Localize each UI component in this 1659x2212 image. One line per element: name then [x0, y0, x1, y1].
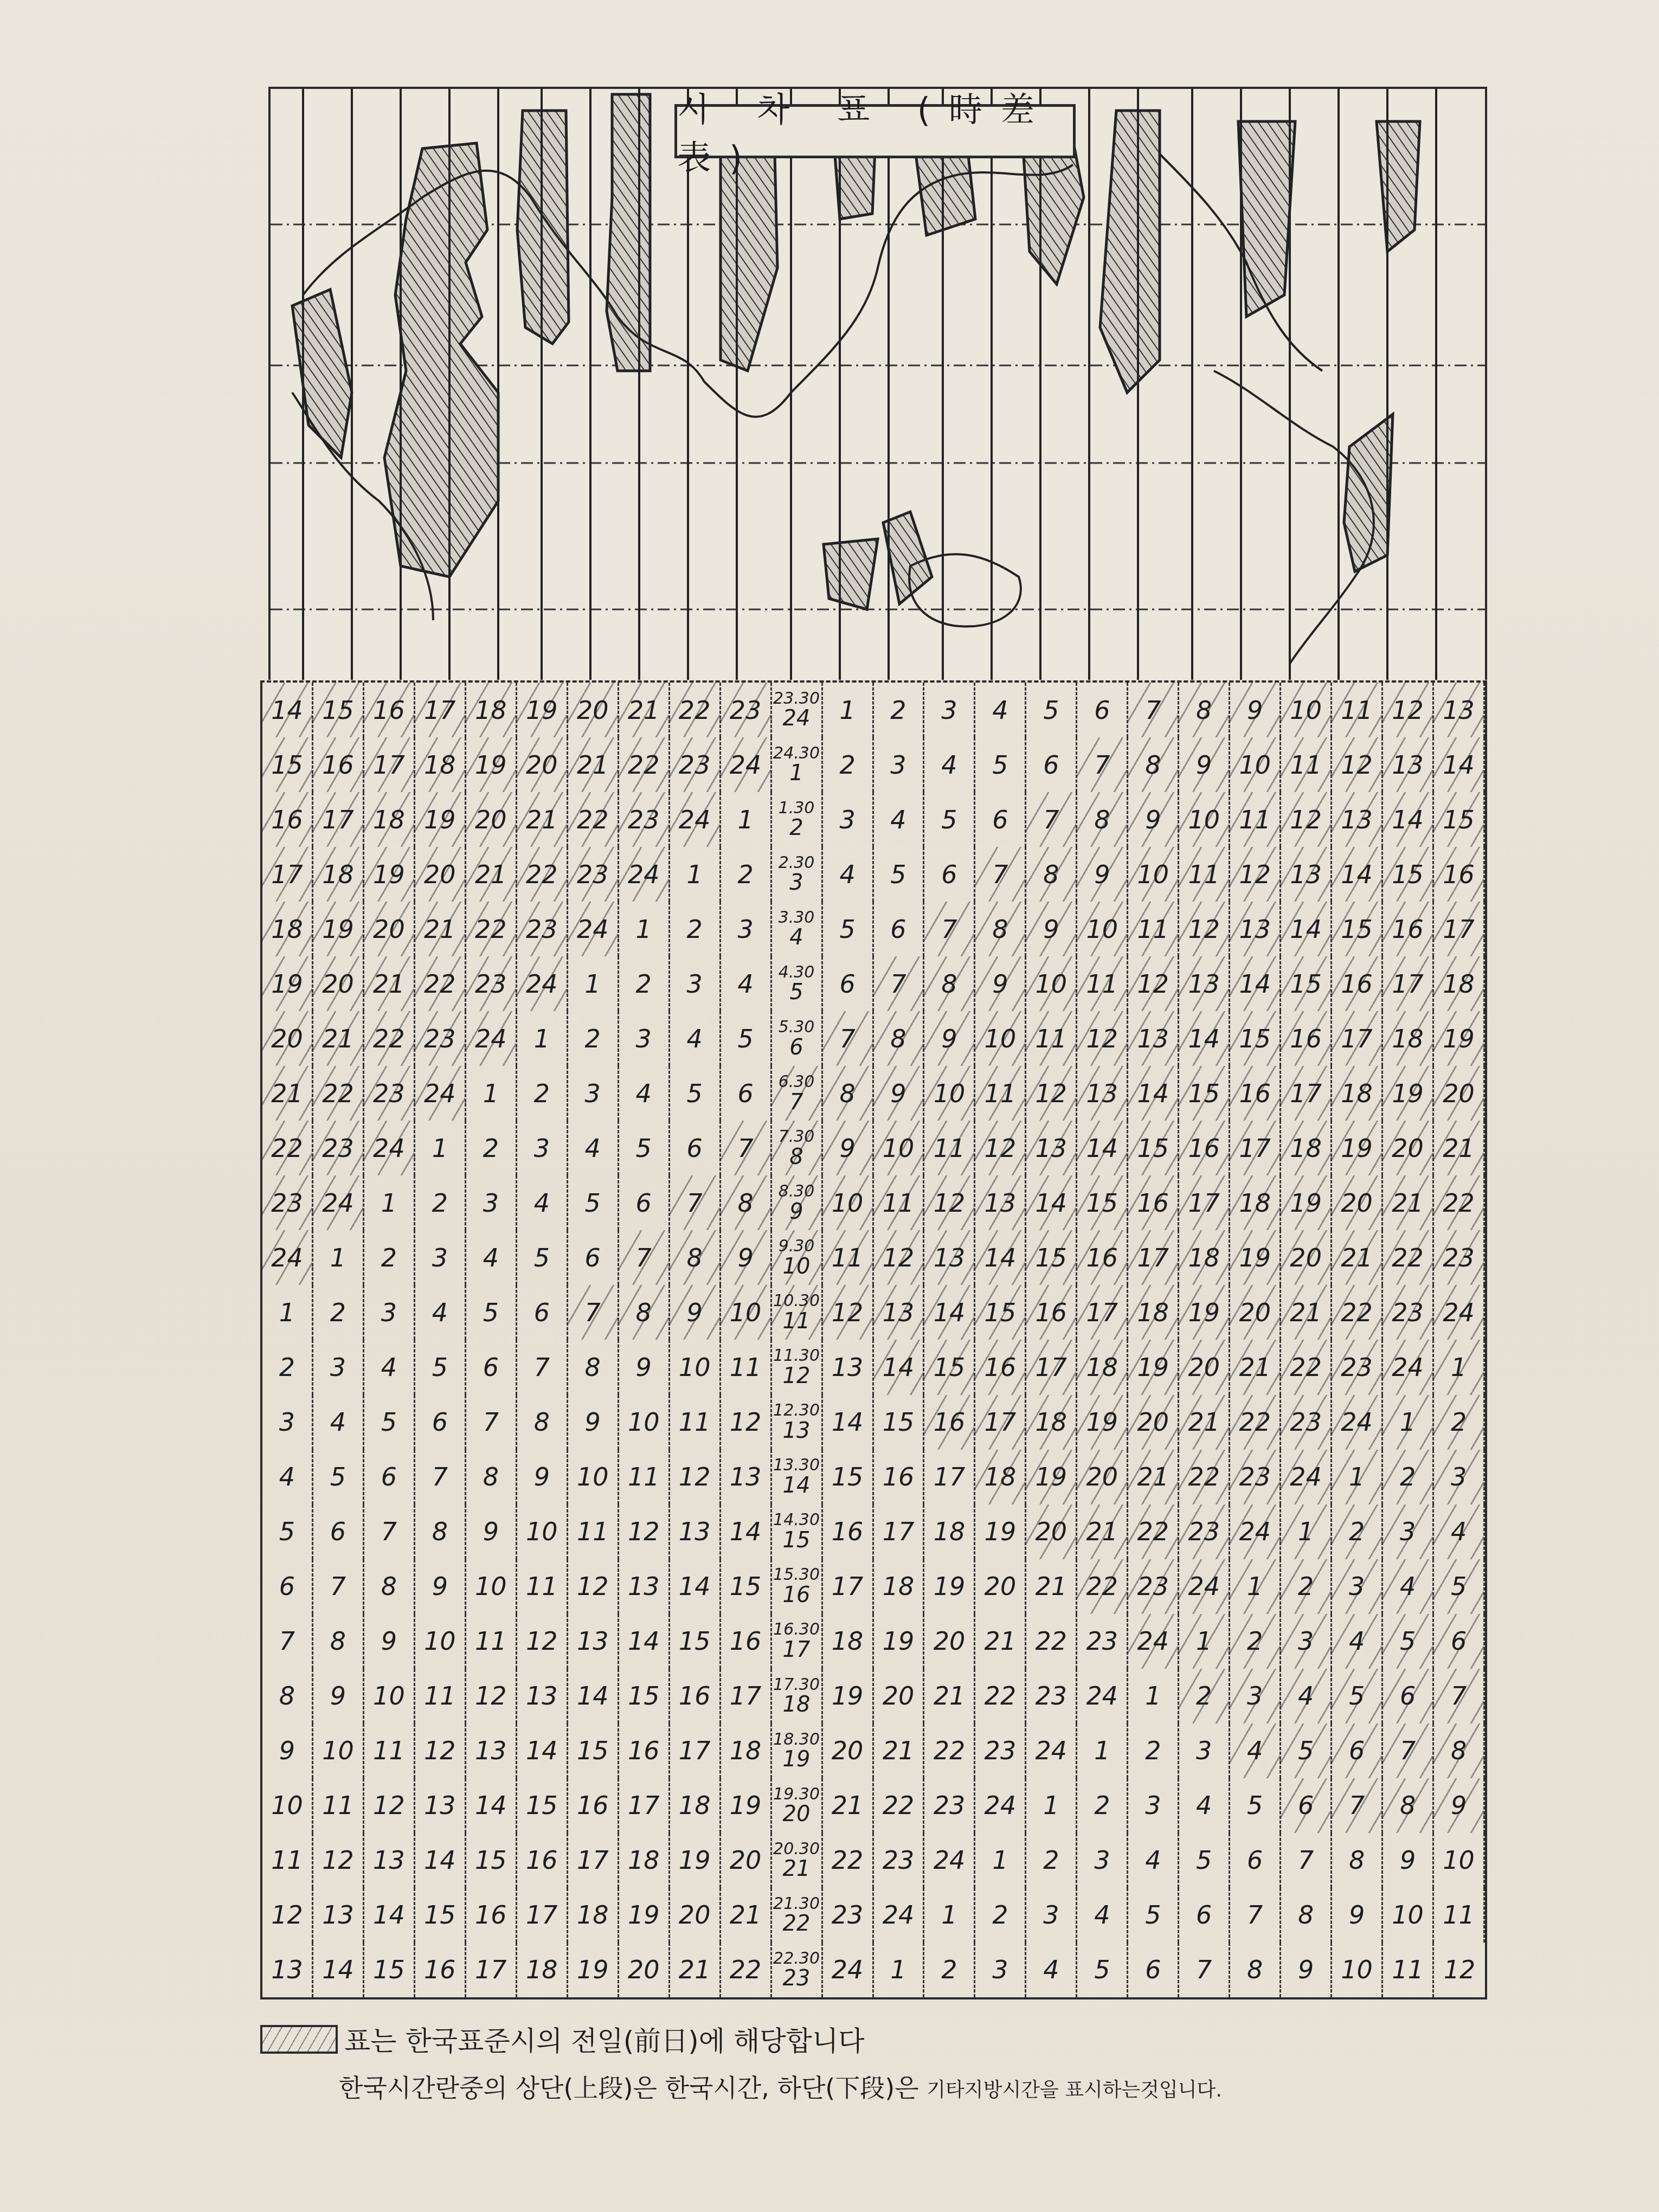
- korea-time-cell: 12.3013: [772, 1395, 823, 1450]
- korea-time-bottom: 22: [783, 1912, 811, 1935]
- time-cell: 19: [517, 683, 568, 737]
- time-cell: 15: [1230, 1011, 1281, 1066]
- time-cell: 14: [517, 1724, 568, 1778]
- time-cell: 1: [415, 1121, 466, 1175]
- time-cell: 13: [517, 1669, 568, 1724]
- korea-time-bottom: 9: [789, 1200, 803, 1223]
- time-cell: 1: [1179, 1614, 1230, 1669]
- time-cell: 23: [1077, 1614, 1128, 1669]
- time-cell: 2: [1434, 1395, 1485, 1450]
- time-cell: 13: [1077, 1066, 1128, 1121]
- time-cell: 6: [517, 1285, 568, 1340]
- time-cell: 4: [1383, 1559, 1434, 1614]
- time-cell: 8: [670, 1230, 721, 1285]
- time-cell: 6: [1434, 1614, 1485, 1669]
- time-cell: 17: [670, 1724, 721, 1778]
- time-cell: 19: [1179, 1285, 1230, 1340]
- time-cell: 16: [313, 737, 364, 792]
- time-cell: 15: [619, 1669, 670, 1724]
- time-cell: 22: [313, 1066, 364, 1121]
- time-cell: 19: [1077, 1395, 1128, 1450]
- time-cell: 21: [262, 1066, 313, 1121]
- time-cell: 13: [924, 1230, 975, 1285]
- time-cell: 15: [1026, 1230, 1077, 1285]
- time-cell: 9: [1128, 792, 1179, 847]
- footnote-tail: 기타지방시간을 표시하는것입니다.: [927, 2079, 1222, 2101]
- time-cell: 19: [1026, 1450, 1077, 1504]
- korea-time-bottom: 5: [789, 981, 803, 1004]
- time-cell: 21: [1077, 1504, 1128, 1559]
- time-cell: 20: [262, 1011, 313, 1066]
- time-cell: 1: [874, 1943, 925, 1997]
- korea-time-top: 21.30: [773, 1895, 820, 1913]
- time-cell: 23: [1128, 1559, 1179, 1614]
- time-cell: 24: [415, 1066, 466, 1121]
- time-cell: 10: [1077, 902, 1128, 956]
- time-cell: 19: [1434, 1011, 1485, 1066]
- time-cell: 19: [619, 1888, 670, 1943]
- time-cell: 7: [721, 1121, 772, 1175]
- time-cell: 2: [517, 1066, 568, 1121]
- time-cell: 15: [721, 1559, 772, 1614]
- time-cell: 13: [1434, 683, 1485, 737]
- time-cell: 6: [313, 1504, 364, 1559]
- time-cell: 18: [1281, 1121, 1332, 1175]
- time-cell: 4: [466, 1230, 517, 1285]
- time-cell: 18: [874, 1559, 925, 1614]
- korea-time-top: 11.30: [773, 1347, 820, 1365]
- time-cell: 21: [721, 1888, 772, 1943]
- time-cell: 17: [1434, 902, 1485, 956]
- time-cell: 8: [1128, 737, 1179, 792]
- time-cell: 6: [1383, 1669, 1434, 1724]
- time-cell: 17: [721, 1669, 772, 1724]
- time-cell: 5: [1230, 1778, 1281, 1833]
- time-cell: 7: [619, 1230, 670, 1285]
- time-cell: 21: [1128, 1450, 1179, 1504]
- time-cell: 21: [670, 1943, 721, 1997]
- time-cell: 9: [313, 1669, 364, 1724]
- time-cell: 22: [670, 683, 721, 737]
- time-cell: 24: [619, 847, 670, 902]
- korea-time-bottom: 6: [789, 1036, 803, 1059]
- time-cell: 3: [1434, 1450, 1485, 1504]
- time-cell: 13: [568, 1614, 619, 1669]
- time-cell: 24: [313, 1175, 364, 1230]
- time-cell: 23: [568, 847, 619, 902]
- time-cell: 3: [1026, 1888, 1077, 1943]
- korea-time-top: 22.30: [773, 1950, 820, 1967]
- time-cell: 16: [1281, 1011, 1332, 1066]
- time-cell: 19: [975, 1504, 1026, 1559]
- time-cell: 23: [874, 1833, 925, 1888]
- time-cell: 12: [1179, 902, 1230, 956]
- time-cell: 3: [568, 1066, 619, 1121]
- korea-time-cell: 14.3015: [772, 1504, 823, 1559]
- time-cell: 1: [1128, 1669, 1179, 1724]
- time-cell: 23: [415, 1011, 466, 1066]
- time-cell: 1: [313, 1230, 364, 1285]
- korea-time-cell: 16.3017: [772, 1614, 823, 1669]
- time-cell: 13: [1128, 1011, 1179, 1066]
- time-cell: 3: [364, 1285, 415, 1340]
- time-cell: 14: [262, 683, 313, 737]
- time-cell: 15: [517, 1778, 568, 1833]
- time-cell: 2: [313, 1285, 364, 1340]
- time-cell: 6: [975, 792, 1026, 847]
- time-cell: 5: [568, 1175, 619, 1230]
- time-cell: 12: [1230, 847, 1281, 902]
- time-cell: 13: [975, 1175, 1026, 1230]
- time-cell: 12: [1026, 1066, 1077, 1121]
- korea-time-top: 18.30: [773, 1731, 820, 1748]
- time-cell: 18: [823, 1614, 874, 1669]
- time-cell: 2: [415, 1175, 466, 1230]
- time-cell: 17: [975, 1395, 1026, 1450]
- time-cell: 10: [517, 1504, 568, 1559]
- time-cell: 7: [1128, 683, 1179, 737]
- time-cell: 8: [466, 1450, 517, 1504]
- time-cell: 11: [364, 1724, 415, 1778]
- time-cell: 9: [1179, 737, 1230, 792]
- time-cell: 13: [1230, 902, 1281, 956]
- time-cell: 1: [924, 1888, 975, 1943]
- time-cell: 24: [721, 737, 772, 792]
- time-cell: 6: [823, 956, 874, 1011]
- time-cell: 7: [364, 1504, 415, 1559]
- time-cell: 11: [262, 1833, 313, 1888]
- korea-time-top: 7.30: [779, 1128, 815, 1146]
- korea-time-top: 24.30: [773, 745, 820, 762]
- korea-time-cell: 11.3012: [772, 1340, 823, 1394]
- time-cell: 24: [466, 1011, 517, 1066]
- time-cell: 8: [568, 1340, 619, 1394]
- korea-time-bottom: 1: [789, 762, 803, 785]
- time-cell: 20: [670, 1888, 721, 1943]
- time-cell: 18: [1383, 1011, 1434, 1066]
- time-cell: 4: [721, 956, 772, 1011]
- time-cell: 9: [924, 1011, 975, 1066]
- time-cell: 9: [670, 1285, 721, 1340]
- time-cell: 14: [874, 1340, 925, 1394]
- korea-time-bottom: 16: [783, 1584, 811, 1606]
- korea-time-cell: 9.3010: [772, 1230, 823, 1285]
- time-cell: 9: [568, 1395, 619, 1450]
- korea-time-bottom: 15: [783, 1529, 811, 1552]
- time-cell: 6: [1026, 737, 1077, 792]
- time-cell: 20: [1179, 1340, 1230, 1394]
- time-cell: 1: [1026, 1778, 1077, 1833]
- time-cell: 12: [313, 1833, 364, 1888]
- time-cell: 5: [1077, 1943, 1128, 1997]
- time-cell: 3: [517, 1121, 568, 1175]
- korea-time-top: 5.30: [779, 1019, 815, 1036]
- time-cell: 18: [1026, 1395, 1077, 1450]
- time-cell: 20: [1332, 1175, 1383, 1230]
- time-cell: 11: [415, 1669, 466, 1724]
- time-cell: 23: [1332, 1340, 1383, 1394]
- time-cell: 3: [415, 1230, 466, 1285]
- time-cell: 4: [1128, 1833, 1179, 1888]
- korea-time-cell: 5.306: [772, 1011, 823, 1066]
- korea-time-bottom: 12: [783, 1365, 811, 1387]
- time-cell: 1: [1077, 1724, 1128, 1778]
- korea-time-top: 23.30: [773, 690, 820, 708]
- time-cell: 15: [568, 1724, 619, 1778]
- korea-time-bottom: 10: [783, 1255, 811, 1278]
- time-cell: 7: [1434, 1669, 1485, 1724]
- footnote: 한국시간란중의 상단(上段)은 한국시간, 하단(下段)은 기타지방시간을 표시…: [339, 2068, 1222, 2104]
- time-cell: 7: [670, 1175, 721, 1230]
- time-cell: 21: [874, 1724, 925, 1778]
- time-cell: 9: [364, 1614, 415, 1669]
- time-cell: 3: [975, 1943, 1026, 1997]
- time-cell: 4: [415, 1285, 466, 1340]
- time-cell: 7: [1077, 737, 1128, 792]
- time-cell: 17: [415, 683, 466, 737]
- time-cell: 15: [313, 683, 364, 737]
- time-cell: 11: [313, 1778, 364, 1833]
- time-cell: 10: [262, 1778, 313, 1833]
- time-cell: 11: [466, 1614, 517, 1669]
- time-cell: 9: [823, 1121, 874, 1175]
- time-cell: 5: [1434, 1559, 1485, 1614]
- time-cell: 20: [619, 1943, 670, 1997]
- time-cell: 11: [1077, 956, 1128, 1011]
- time-cell: 17: [1332, 1011, 1383, 1066]
- time-cell: 18: [1230, 1175, 1281, 1230]
- time-cell: 16: [1077, 1230, 1128, 1285]
- time-cell: 16: [874, 1450, 925, 1504]
- time-cell: 11: [1281, 737, 1332, 792]
- time-cell: 8: [1434, 1724, 1485, 1778]
- time-cell: 21: [568, 737, 619, 792]
- time-cell: 13: [670, 1504, 721, 1559]
- time-cell: 13: [823, 1340, 874, 1394]
- time-cell: 20: [924, 1614, 975, 1669]
- korea-time-top: 3.30: [779, 909, 815, 927]
- time-cell: 4: [1026, 1943, 1077, 1997]
- time-cell: 10: [1332, 1943, 1383, 1997]
- time-cell: 2: [1026, 1833, 1077, 1888]
- korea-time-bottom: 19: [783, 1748, 811, 1771]
- time-cell: 16: [1179, 1121, 1230, 1175]
- time-cell: 5: [415, 1340, 466, 1394]
- time-cell: 22: [924, 1724, 975, 1778]
- time-cell: 8: [874, 1011, 925, 1066]
- time-cell: 3: [619, 1011, 670, 1066]
- korea-time-bottom: 13: [783, 1419, 811, 1442]
- time-cell: 1: [721, 792, 772, 847]
- korea-time-top: 14.30: [773, 1512, 820, 1529]
- time-cell: 4: [313, 1395, 364, 1450]
- time-cell: 12: [721, 1395, 772, 1450]
- time-cell: 6: [364, 1450, 415, 1504]
- korea-time-top: 17.30: [773, 1676, 820, 1694]
- time-cell: 17: [1230, 1121, 1281, 1175]
- time-cell: 14: [1128, 1066, 1179, 1121]
- time-cell: 10: [975, 1011, 1026, 1066]
- time-cell: 15: [1281, 956, 1332, 1011]
- time-cell: 10: [313, 1724, 364, 1778]
- korea-time-cell: 20.3021: [772, 1833, 823, 1888]
- time-cell: 11: [874, 1175, 925, 1230]
- time-cell: 21: [313, 1011, 364, 1066]
- time-cell: 15: [1179, 1066, 1230, 1121]
- time-cell: 5: [924, 792, 975, 847]
- time-cell: 2: [619, 956, 670, 1011]
- korea-time-top: 15.30: [773, 1566, 820, 1584]
- time-cell: 12: [1434, 1943, 1485, 1997]
- time-cell: 13: [619, 1559, 670, 1614]
- time-cell: 10: [619, 1395, 670, 1450]
- hatch-swatch-icon: [260, 2025, 338, 2054]
- time-cell: 4: [619, 1066, 670, 1121]
- time-cell: 9: [1434, 1778, 1485, 1833]
- time-cell: 22: [466, 902, 517, 956]
- time-cell: 12: [568, 1559, 619, 1614]
- time-cell: 2: [1128, 1724, 1179, 1778]
- time-cell: 11: [721, 1340, 772, 1394]
- time-cell: 17: [466, 1943, 517, 1997]
- time-cell: 17: [823, 1559, 874, 1614]
- time-cell: 15: [262, 737, 313, 792]
- korea-time-bottom: 4: [789, 926, 803, 949]
- korea-time-bottom: 3: [789, 871, 803, 894]
- time-cell: 22: [619, 737, 670, 792]
- time-cell: 16: [517, 1833, 568, 1888]
- time-cell: 9: [415, 1559, 466, 1614]
- time-cell: 22: [1230, 1395, 1281, 1450]
- time-cell: 19: [1230, 1230, 1281, 1285]
- time-cell: 7: [415, 1450, 466, 1504]
- time-cell: 14: [466, 1778, 517, 1833]
- time-cell: 21: [1281, 1285, 1332, 1340]
- time-cell: 3: [874, 737, 925, 792]
- time-cell: 16: [975, 1340, 1026, 1394]
- time-cell: 4: [1230, 1724, 1281, 1778]
- time-cell: 18: [1077, 1340, 1128, 1394]
- time-cell: 19: [1332, 1121, 1383, 1175]
- time-cell: 24: [1026, 1724, 1077, 1778]
- time-cell: 10: [924, 1066, 975, 1121]
- time-cell: 4: [1332, 1614, 1383, 1669]
- time-cell: 5: [1383, 1614, 1434, 1669]
- time-cell: 11: [1179, 847, 1230, 902]
- time-cell: 23: [975, 1724, 1026, 1778]
- time-cell: 12: [874, 1230, 925, 1285]
- time-cell: 19: [364, 847, 415, 902]
- time-cell: 4: [1281, 1669, 1332, 1724]
- time-cell: 9: [874, 1066, 925, 1121]
- time-grid: 1415161718192021222323.30241234567891011…: [262, 683, 1485, 1997]
- time-cell: 20: [1128, 1395, 1179, 1450]
- time-cell: 16: [721, 1614, 772, 1669]
- time-cell: 10: [1383, 1888, 1434, 1943]
- time-cell: 22: [262, 1121, 313, 1175]
- time-cell: 18: [721, 1724, 772, 1778]
- time-cell: 1: [619, 902, 670, 956]
- time-cell: 5: [466, 1285, 517, 1340]
- time-cell: 21: [1179, 1395, 1230, 1450]
- time-cell: 4: [670, 1011, 721, 1066]
- time-cell: 13: [313, 1888, 364, 1943]
- time-cell: 7: [517, 1340, 568, 1394]
- legend-text: 표는 한국표준시의 전일(前日)에 해당합니다: [344, 2020, 865, 2059]
- time-cell: 12: [823, 1285, 874, 1340]
- time-cell: 23: [364, 1066, 415, 1121]
- time-cell: 7: [874, 956, 925, 1011]
- time-cell: 4: [262, 1450, 313, 1504]
- time-cell: 8: [721, 1175, 772, 1230]
- time-cell: 23: [466, 956, 517, 1011]
- time-cell: 17: [874, 1504, 925, 1559]
- time-cell: 19: [1128, 1340, 1179, 1394]
- time-cell: 9: [1383, 1833, 1434, 1888]
- time-cell: 12: [1128, 956, 1179, 1011]
- time-cell: 5: [517, 1230, 568, 1285]
- time-cell: 20: [364, 902, 415, 956]
- time-cell: 6: [1179, 1888, 1230, 1943]
- korea-time-cell: 18.3019: [772, 1724, 823, 1778]
- korea-time-bottom: 17: [783, 1638, 811, 1661]
- time-cell: 10: [823, 1175, 874, 1230]
- time-cell: 18: [262, 902, 313, 956]
- time-cell: 19: [670, 1833, 721, 1888]
- time-cell: 21: [1434, 1121, 1485, 1175]
- time-cell: 9: [517, 1450, 568, 1504]
- korea-time-bottom: 24: [783, 707, 811, 730]
- time-cell: 20: [721, 1833, 772, 1888]
- time-cell: 6: [874, 902, 925, 956]
- time-cell: 16: [924, 1395, 975, 1450]
- time-cell: 21: [415, 902, 466, 956]
- time-cell: 23: [1026, 1669, 1077, 1724]
- time-cell: 17: [1281, 1066, 1332, 1121]
- time-cell: 21: [1383, 1175, 1434, 1230]
- time-cell: 19: [874, 1614, 925, 1669]
- time-cell: 24: [874, 1888, 925, 1943]
- time-cell: 12: [262, 1888, 313, 1943]
- time-cell: 19: [313, 902, 364, 956]
- time-cell: 2: [1230, 1614, 1281, 1669]
- time-cell: 24: [1077, 1669, 1128, 1724]
- time-cell: 10: [1026, 956, 1077, 1011]
- time-cell: 15: [1128, 1121, 1179, 1175]
- time-cell: 20: [1281, 1230, 1332, 1285]
- korea-time-top: 10.30: [773, 1293, 820, 1310]
- time-cell: 2: [721, 847, 772, 902]
- time-cell: 8: [1026, 847, 1077, 902]
- time-cell: 23: [1281, 1395, 1332, 1450]
- time-cell: 21: [517, 792, 568, 847]
- time-cell: 7: [924, 902, 975, 956]
- time-cell: 7: [1179, 1943, 1230, 1997]
- time-cell: 13: [1026, 1121, 1077, 1175]
- time-cell: 13: [1281, 847, 1332, 902]
- korea-time-bottom: 20: [783, 1803, 811, 1825]
- time-cell: 7: [1383, 1724, 1434, 1778]
- time-cell: 2: [1383, 1450, 1434, 1504]
- time-cell: 17: [1383, 956, 1434, 1011]
- time-cell: 21: [619, 683, 670, 737]
- time-cell: 22: [1383, 1230, 1434, 1285]
- time-cell: 17: [1179, 1175, 1230, 1230]
- time-cell: 7: [1230, 1888, 1281, 1943]
- time-cell: 1: [1332, 1450, 1383, 1504]
- time-cell: 20: [874, 1669, 925, 1724]
- time-cell: 24: [1281, 1450, 1332, 1504]
